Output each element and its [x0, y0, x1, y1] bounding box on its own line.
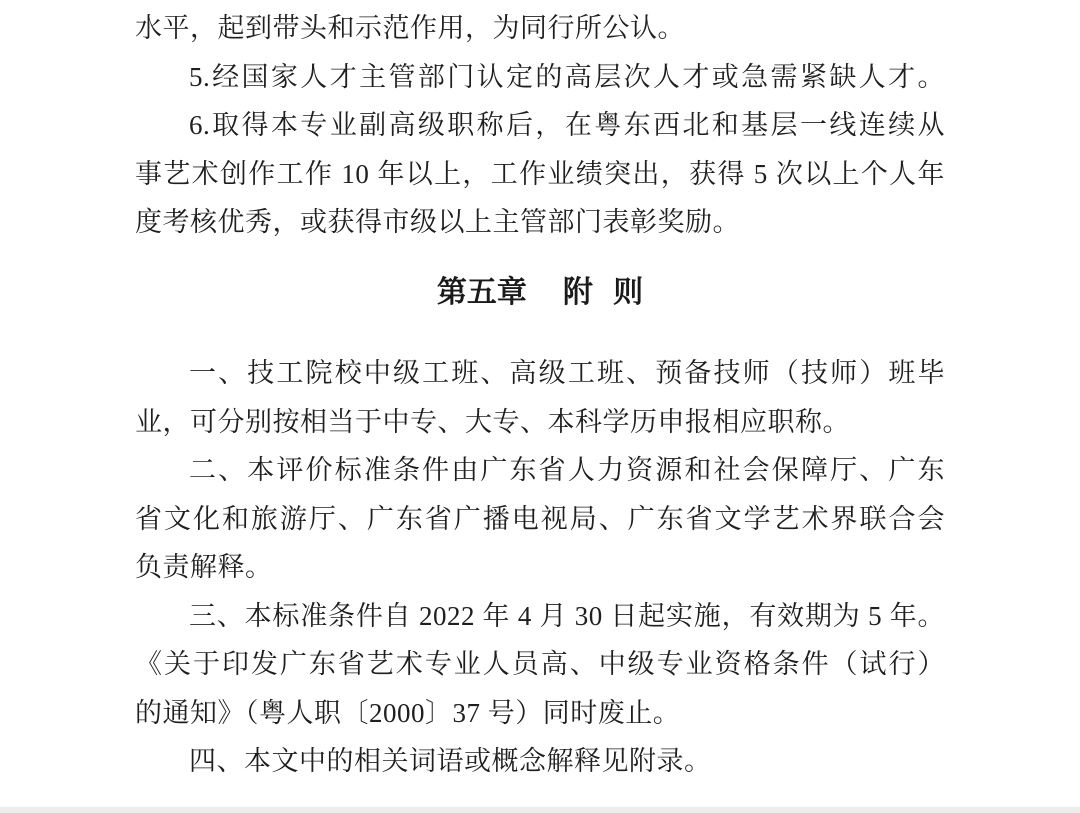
paragraph-line: 四、本文中的相关词语或概念解释见附录。	[135, 737, 945, 786]
paragraph-line: 三、本标准条件自 2022 年 4 月 30 日起实施，有效期为 5 年。	[135, 592, 945, 641]
paragraph-line: 度考核优秀，或获得市级以上主管部门表彰奖励。	[135, 198, 945, 247]
paragraph-line: 省文化和旅游厅、广东省广播电视局、广东省文学艺术界联合会	[135, 495, 945, 544]
document-page: 水平，起到带头和示范作用，为同行所公认。 5.经国家人才主管部门认定的高层次人才…	[0, 0, 1080, 813]
paragraph-line: 6.取得本专业副高级职称后，在粤东西北和基层一线连续从	[135, 101, 945, 150]
page-bottom-strip	[0, 807, 1080, 813]
paragraph-line: 事艺术创作工作 10 年以上，工作业绩突出，获得 5 次以上个人年	[135, 150, 945, 199]
paragraph-line: 一、技工院校中级工班、高级工班、预备技师（技师）班毕	[135, 349, 945, 398]
chapter-title: 附 则	[563, 276, 643, 309]
paragraph-line: 5.经国家人才主管部门认定的高层次人才或急需紧缺人才。	[135, 53, 945, 102]
paragraph-line: 二、本评价标准条件由广东省人力资源和社会保障厅、广东	[135, 446, 945, 495]
document-content: 水平，起到带头和示范作用，为同行所公认。 5.经国家人才主管部门认定的高层次人才…	[135, 4, 945, 786]
paragraph-line: 的通知》（粤人职〔2000〕37 号）同时废止。	[135, 689, 945, 738]
paragraph-line: 业，可分别按相当于中专、大专、本科学历申报相应职称。	[135, 398, 945, 447]
paragraph-line: 《关于印发广东省艺术专业人员高、中级专业资格条件（试行）	[135, 640, 945, 689]
chapter-heading: 第五章附 则	[135, 269, 945, 318]
paragraph-line: 负责解释。	[135, 543, 945, 592]
chapter-number: 第五章	[437, 276, 527, 309]
paragraph-line: 水平，起到带头和示范作用，为同行所公认。	[135, 4, 945, 53]
